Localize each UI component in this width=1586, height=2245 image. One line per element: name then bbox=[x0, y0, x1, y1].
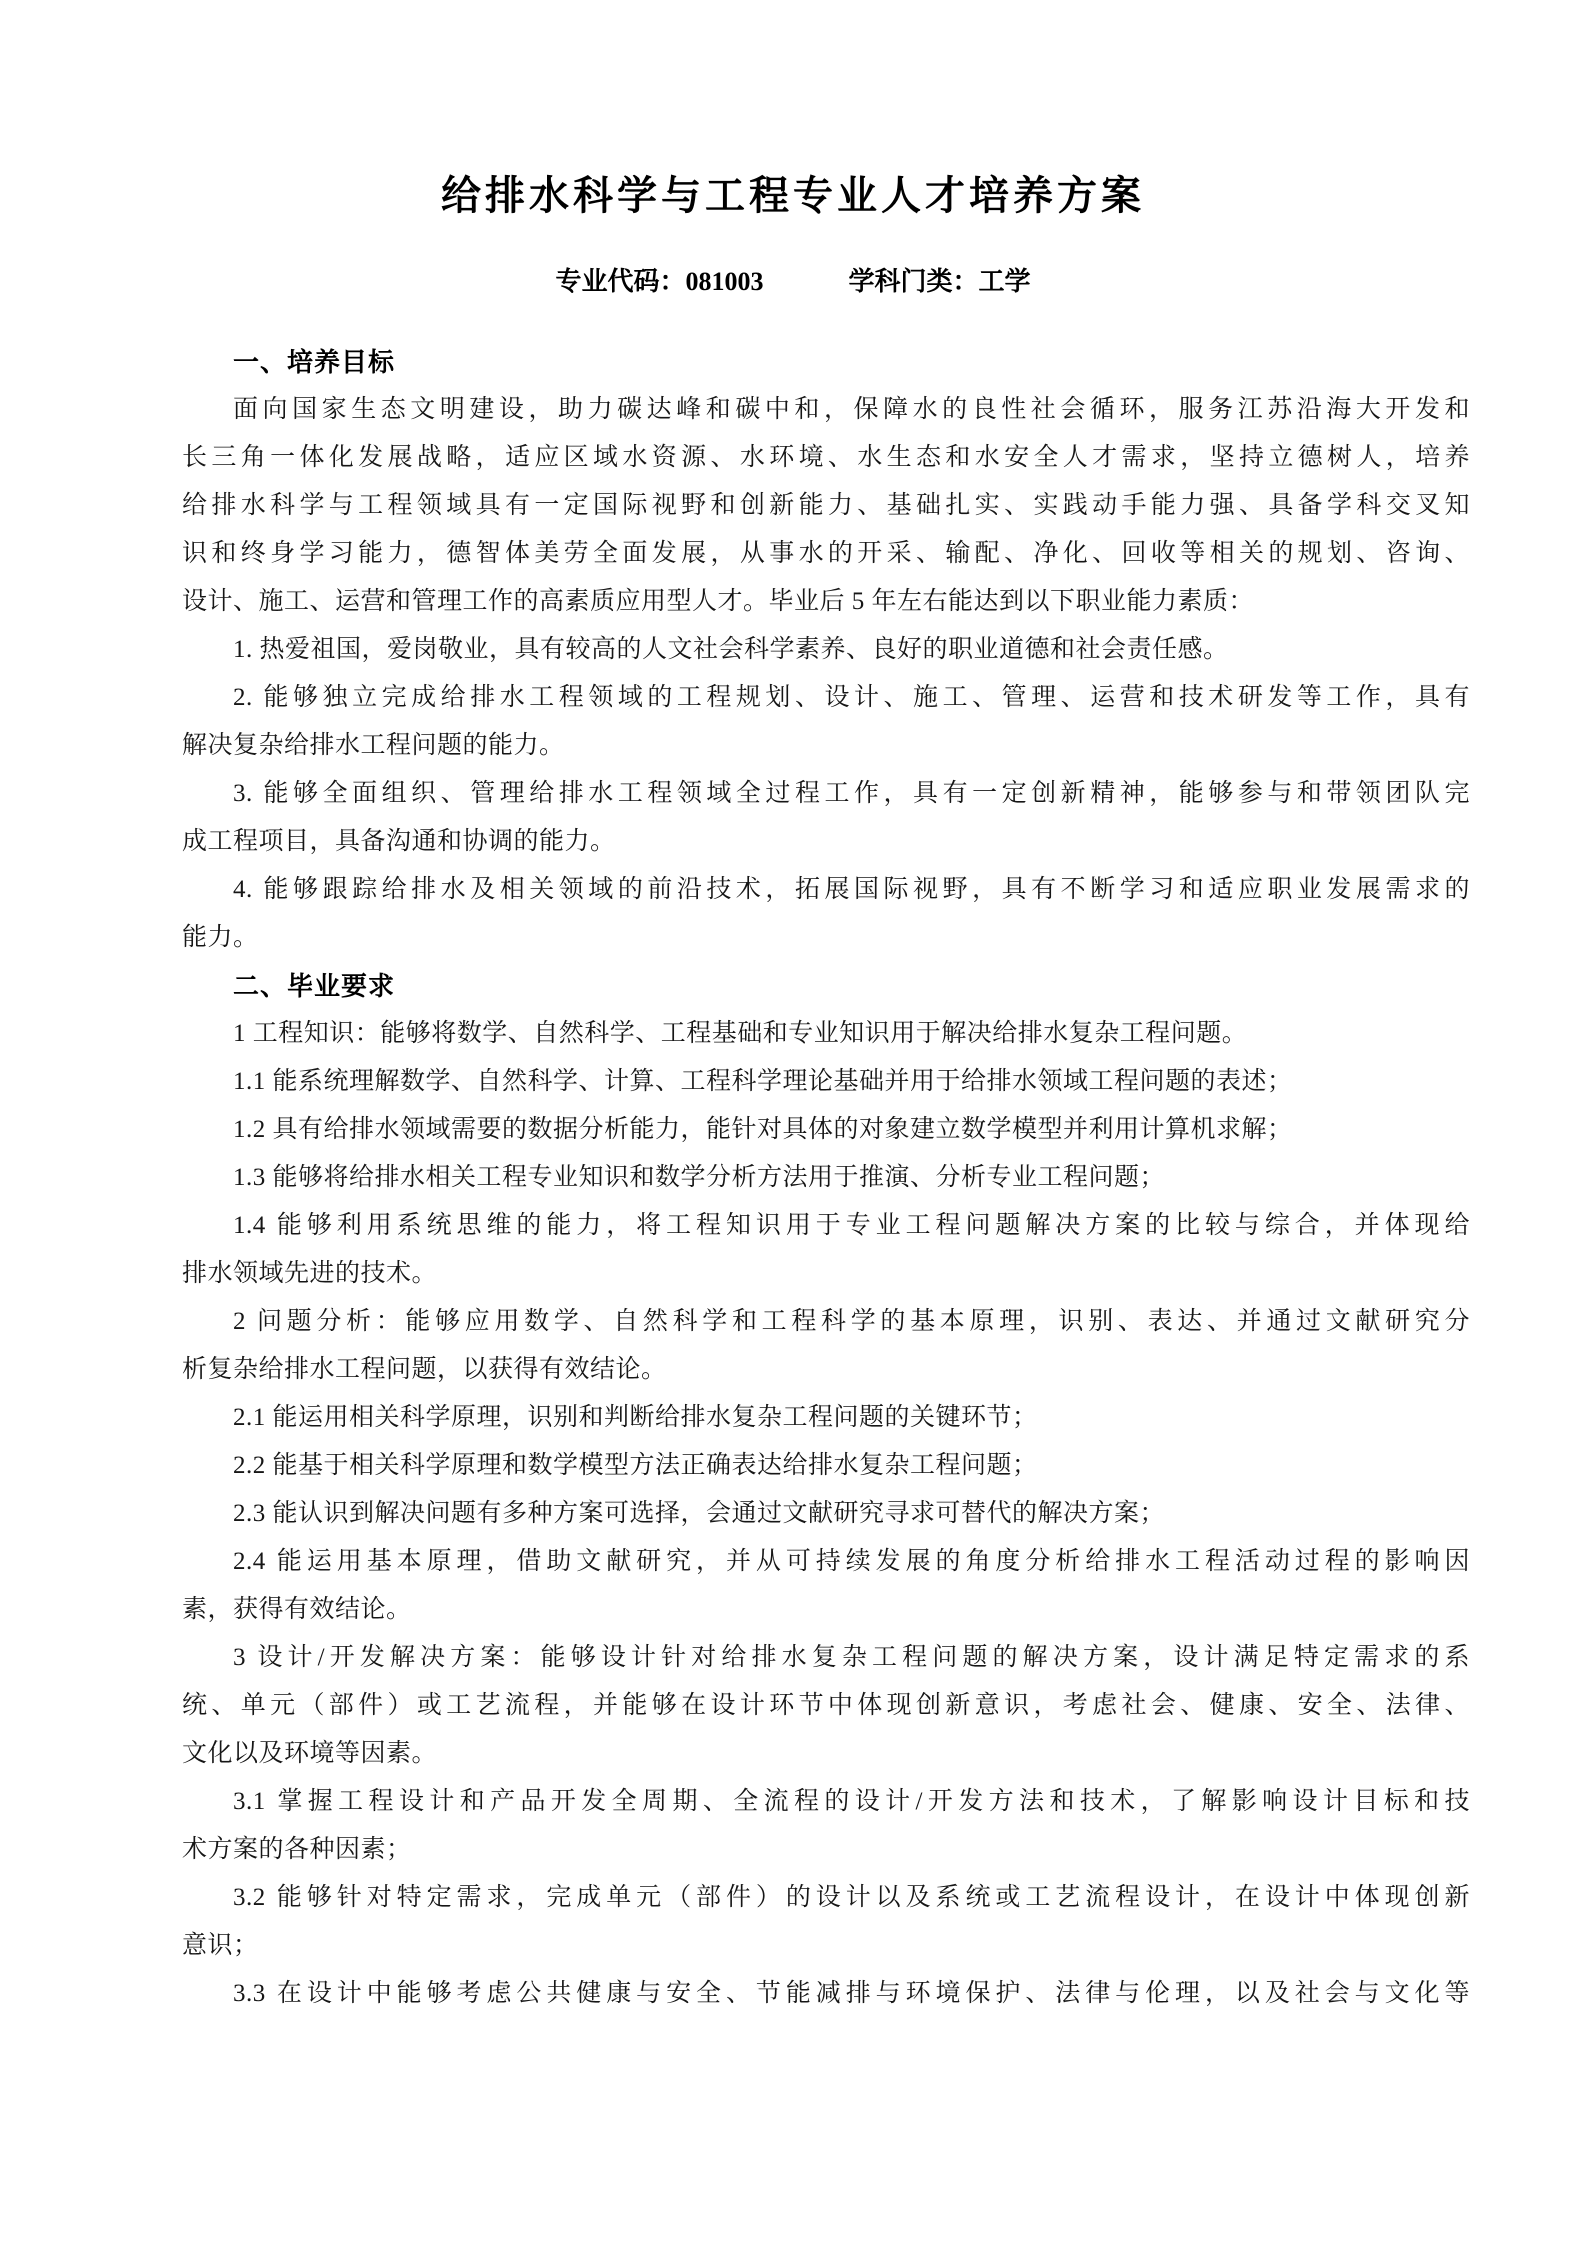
text-line: 统、单元（部件）或工艺流程，并能够在设计环节中体现创新意识，考虑社会、健康、安全… bbox=[182, 1682, 1470, 1730]
text-line: 排水领域先进的技术。 bbox=[182, 1250, 1470, 1298]
text-line: 1. 热爱祖国，爱岗敬业，具有较高的人文社会科学素养、良好的职业道德和社会责任感… bbox=[182, 626, 1470, 674]
text-line: 2. 能够独立完成给排水工程领域的工程规划、设计、施工、管理、运营和技术研发等工… bbox=[182, 674, 1470, 722]
text-line: 2.4 能运用基本原理，借助文献研究，并从可持续发展的角度分析给排水工程活动过程… bbox=[182, 1538, 1470, 1586]
document-title: 给排水科学与工程专业人才培养方案 bbox=[0, 170, 1586, 222]
section-heading: 一、培养目标 bbox=[182, 338, 1470, 386]
text-line: 析复杂给排水工程问题，以获得有效结论。 bbox=[182, 1346, 1470, 1394]
document-page: 给排水科学与工程专业人才培养方案 专业代码：081003 学科门类：工学 一、培… bbox=[0, 0, 1586, 2245]
discipline-category-label: 学科门类：工学 bbox=[849, 262, 1031, 302]
text-line: 3. 能够全面组织、管理给排水工程领域全过程工作，具有一定创新精神，能够参与和带… bbox=[182, 770, 1470, 818]
text-line: 3 设计/开发解决方案：能够设计针对给排水复杂工程问题的解决方案，设计满足特定需… bbox=[182, 1634, 1470, 1682]
text-line: 长三角一体化发展战略，适应区域水资源、水环境、水生态和水安全人才需求，坚持立德树… bbox=[182, 434, 1470, 482]
text-line: 2.3 能认识到解决问题有多种方案可选择，会通过文献研究寻求可替代的解决方案； bbox=[182, 1490, 1470, 1538]
text-line: 4. 能够跟踪给排水及相关领域的前沿技术，拓展国际视野，具有不断学习和适应职业发… bbox=[182, 866, 1470, 914]
text-line: 3.1 掌握工程设计和产品开发全周期、全流程的设计/开发方法和技术，了解影响设计… bbox=[182, 1778, 1470, 1826]
text-line: 3.2 能够针对特定需求，完成单元（部件）的设计以及系统或工艺流程设计，在设计中… bbox=[182, 1874, 1470, 1922]
text-line: 2 问题分析：能够应用数学、自然科学和工程科学的基本原理，识别、表达、并通过文献… bbox=[182, 1298, 1470, 1346]
major-code-label: 专业代码：081003 bbox=[555, 262, 763, 302]
text-line: 给排水科学与工程领域具有一定国际视野和创新能力、基础扎实、实践动手能力强、具备学… bbox=[182, 482, 1470, 530]
text-line: 3.3 在设计中能够考虑公共健康与安全、节能减排与环境保护、法律与伦理，以及社会… bbox=[182, 1970, 1470, 2018]
text-line: 意识； bbox=[182, 1922, 1470, 1970]
text-line: 识和终身学习能力，德智体美劳全面发展，从事水的开采、输配、净化、回收等相关的规划… bbox=[182, 530, 1470, 578]
text-line: 1.2 具有给排水领域需要的数据分析能力，能针对具体的对象建立数学模型并利用计算… bbox=[182, 1106, 1470, 1154]
text-line: 设计、施工、运营和管理工作的高素质应用型人才。毕业后 5 年左右能达到以下职业能… bbox=[182, 578, 1470, 626]
text-line: 1.4 能够利用系统思维的能力，将工程知识用于专业工程问题解决方案的比较与综合，… bbox=[182, 1202, 1470, 1250]
text-line: 素，获得有效结论。 bbox=[182, 1586, 1470, 1634]
text-line: 解决复杂给排水工程问题的能力。 bbox=[182, 722, 1470, 770]
document-body: 一、培养目标面向国家生态文明建设，助力碳达峰和碳中和，保障水的良性社会循环，服务… bbox=[182, 338, 1470, 2018]
text-line: 1.1 能系统理解数学、自然科学、计算、工程科学理论基础并用于给排水领域工程问题… bbox=[182, 1058, 1470, 1106]
text-line: 2.1 能运用相关科学原理，识别和判断给排水复杂工程问题的关键环节； bbox=[182, 1394, 1470, 1442]
document-subtitle: 专业代码：081003 学科门类：工学 bbox=[0, 262, 1586, 302]
text-line: 成工程项目，具备沟通和协调的能力。 bbox=[182, 818, 1470, 866]
section-heading: 二、毕业要求 bbox=[182, 962, 1470, 1010]
text-line: 能力。 bbox=[182, 914, 1470, 962]
text-line: 术方案的各种因素； bbox=[182, 1826, 1470, 1874]
text-line: 文化以及环境等因素。 bbox=[182, 1730, 1470, 1778]
text-line: 1.3 能够将给排水相关工程专业知识和数学分析方法用于推演、分析专业工程问题； bbox=[182, 1154, 1470, 1202]
text-line: 2.2 能基于相关科学原理和数学模型方法正确表达给排水复杂工程问题； bbox=[182, 1442, 1470, 1490]
text-line: 面向国家生态文明建设，助力碳达峰和碳中和，保障水的良性社会循环，服务江苏沿海大开… bbox=[182, 386, 1470, 434]
text-line: 1 工程知识：能够将数学、自然科学、工程基础和专业知识用于解决给排水复杂工程问题… bbox=[182, 1010, 1470, 1058]
